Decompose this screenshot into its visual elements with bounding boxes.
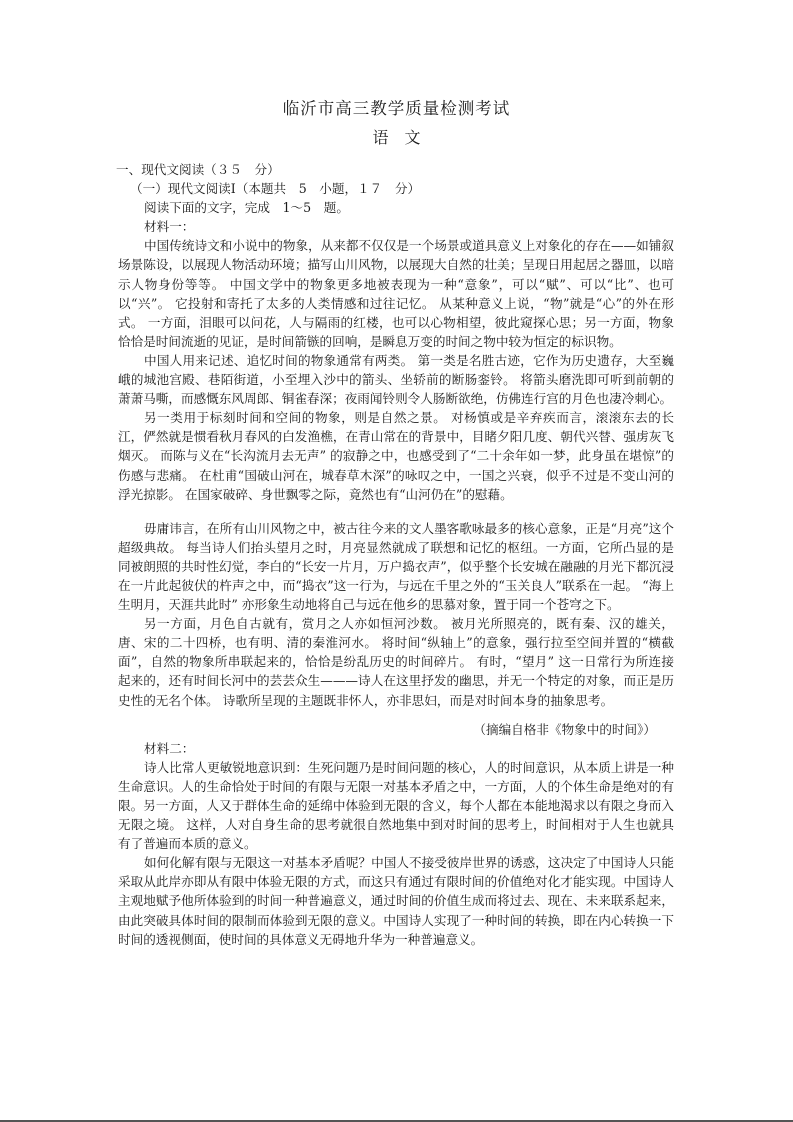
material-one-paragraph-3: 另一类用于标刻时间和空间的物象，则是自然之景。 对杨慎或是辛弃疾而言，滚滚东去的… — [118, 408, 674, 503]
material-one-paragraph-1: 中国传统诗文和小说中的物象，从来都不仅仅是一个场景或道具意义上对象化的存在——如… — [118, 236, 674, 351]
material-one-label: 材料一： — [118, 217, 674, 236]
material-two-paragraph-1: 诗人比常人更敏锐地意识到：生死问题乃是时间问题的核心，人的时间意识，从本质上讲是… — [118, 758, 674, 853]
exam-page: 临沂市高三教学质量检测考试 语文 一、现代文阅读（３５ 分） （一）现代文阅读Ⅰ… — [0, 0, 793, 1120]
subject-char-2: 文 — [405, 128, 421, 147]
paragraph-gap — [118, 504, 674, 519]
exam-content: 一、现代文阅读（３５ 分） （一）现代文阅读Ⅰ（本题共 5 小题，１７ 分） 阅… — [118, 160, 674, 949]
subject-char-1: 语 — [372, 128, 388, 147]
subject-title: 语文 — [0, 128, 793, 148]
section-subheading: （一）现代文阅读Ⅰ（本题共 5 小题，１７ 分） — [118, 179, 674, 198]
material-one-paragraph-2: 中国人用来记述、追忆时间的物象通常有两类。 第一类是名胜古迹，它作为历史遗存，大… — [118, 351, 674, 408]
material-one-paragraph-4: 毋庸讳言，在所有山川风物之中，被古往今来的文人墨客歌咏最多的核心意象，正是“月亮… — [118, 519, 674, 614]
material-two-paragraph-2: 如何化解有限与无限这一对基本矛盾呢？中国人不接受彼岸世界的诱惑，这决定了中国诗人… — [118, 853, 674, 948]
material-two-label: 材料二： — [118, 739, 674, 758]
exam-title: 临沂市高三教学质量检测考试 — [0, 99, 793, 119]
material-one-source: （摘编自格非《物象中的时间》） — [118, 720, 674, 739]
material-one-paragraph-5: 另一方面，月色自古就有，赏月之人亦如恒河沙数。 被月光所照亮的，既有秦、汉的雄关… — [118, 614, 674, 709]
reading-instruction: 阅读下面的文字，完成 1～5 题。 — [118, 198, 674, 217]
section-heading: 一、现代文阅读（３５ 分） — [116, 160, 674, 179]
